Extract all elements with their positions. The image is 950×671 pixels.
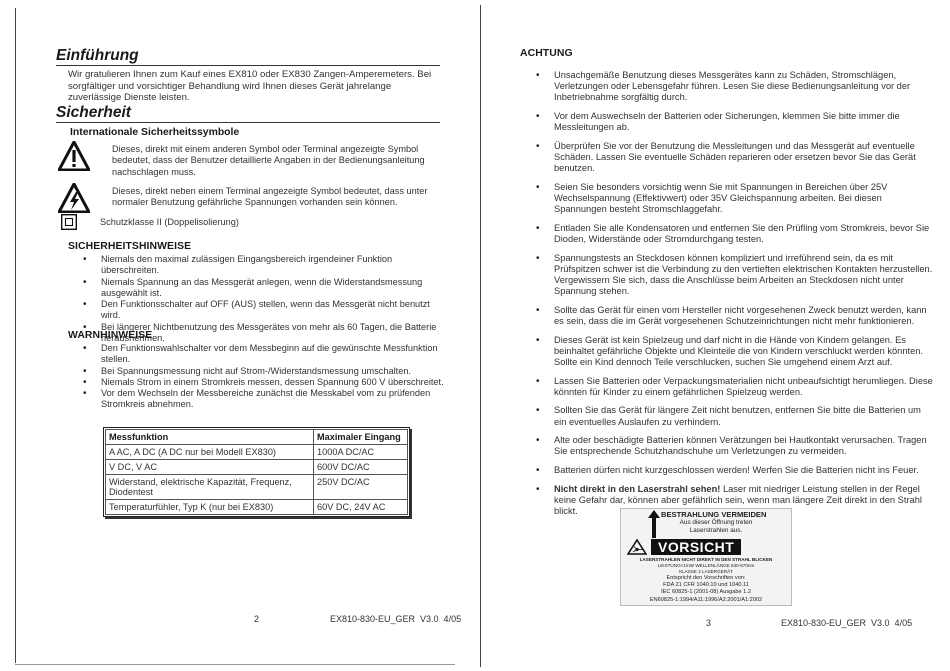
list-item: Unsachgemäße Benutzung dieses Messgeräte…: [536, 70, 934, 104]
list-item: Spannungstests an Steckdosen können komp…: [536, 253, 934, 298]
warnings-list: Den Funktionswahlschalter vor dem Messbe…: [83, 343, 448, 411]
symbol-description: Dieses, direkt neben einem Terminal ange…: [112, 186, 452, 213]
table-row: Temperaturfühler, Typ K (nur bei EX830) …: [106, 500, 408, 515]
safety-notes-heading: SICHERHEITSHINWEISE: [68, 241, 448, 252]
laser-hazard-icon: [627, 539, 647, 555]
list-item: Alte oder beschädigte Batterien können V…: [536, 435, 934, 457]
table-cell: 600V DC/AC: [314, 460, 408, 475]
caution-list: Unsachgemäße Benutzung dieses Messgeräte…: [536, 70, 934, 525]
table-cell: A AC, A DC (A DC nur bei Modell EX830): [106, 445, 314, 460]
table-row: V DC, V AC 600V DC/AC: [106, 460, 408, 475]
list-item: Vor dem Wechseln der Messbereiche zunäch…: [83, 388, 448, 411]
list-item: Bei Spannungsmessung nicht auf Strom-/Wi…: [83, 366, 448, 377]
table-cell: 250V DC/AC: [314, 475, 408, 500]
max-input-table-frame: Messfunktion Maximaler Eingang A AC, A D…: [103, 427, 410, 517]
page-number: 2: [254, 614, 259, 624]
laser-label-line: Entspricht den Vorschriften von:: [621, 575, 791, 582]
list-item: Dieses Gerät ist kein Spielzeug und darf…: [536, 335, 934, 369]
table-cell: 1000A DC/AC: [314, 445, 408, 460]
list-item: Überprüfen Sie vor der Benutzung die Mes…: [536, 141, 934, 175]
list-item: Niemals Spannung an das Messgerät anlege…: [83, 277, 448, 300]
list-item: Batterien dürfen nicht kurzgeschlossen w…: [536, 465, 934, 476]
list-item: Entladen Sie alle Kondensatoren und entf…: [536, 223, 934, 245]
safety-section: Sicherheit Internationale Sicherheitssym…: [56, 104, 440, 138]
laser-label-line: EN60825-1:1994/A11:1996/A2:2001/A1:2002: [621, 597, 791, 604]
intro-heading-rule: [56, 65, 440, 66]
table-row: Widerstand, elektrische Kapazität, Frequ…: [106, 475, 408, 500]
laser-label-line: IEC 60825-1 (2001-08) Ausgabe 1.2: [621, 589, 791, 596]
list-item: Sollten Sie das Gerät für längere Zeit n…: [536, 405, 934, 427]
laser-label-title: BESTRAHLUNG VERMEIDEN: [661, 510, 766, 519]
list-item: Lassen Sie Batterien oder Verpackungsmat…: [536, 376, 934, 398]
warnings-section: WARNHINWEISE Den Funktionswahlschalter v…: [68, 330, 448, 411]
laser-label-top: BESTRAHLUNG VERMEIDEN Aus dieser Öffnung…: [621, 509, 791, 539]
laser-label-line: FDA 21 CFR 1040.10 und 1040.11: [621, 582, 791, 589]
double-insulation-square-icon: [61, 214, 77, 230]
symbol-description: Dieses, direkt mit einem anderen Symbol …: [112, 144, 442, 178]
arrow-up-icon: [647, 510, 661, 538]
list-item: Den Funktionsschalter auf OFF (AUS) stel…: [83, 299, 448, 322]
symbol-row: Schutzklasse II (Doppelisolierung): [61, 214, 239, 230]
list-item: Niemals Strom in einem Stromkreis messen…: [83, 377, 448, 388]
intro-heading: Einführung: [56, 47, 440, 65]
symbols-heading: Internationale Sicherheitssymbole: [70, 127, 440, 138]
laser-label-subtitle: Aus dieser Öffnung treten Laserstrahlen …: [676, 519, 756, 534]
document-id: EX810-830-EU_GER V3.0 4/05: [781, 618, 912, 628]
warning-triangle-exclamation-icon: [58, 141, 90, 171]
left-page: Einführung Wir gratulieren Ihnen zum Kau…: [16, 0, 480, 671]
safety-notes-section: SICHERHEITSHINWEISE Niemals den maximal …: [68, 241, 448, 344]
list-item: Seien Sie besonders vorsichtig wenn Sie …: [536, 182, 934, 216]
table-cell: Widerstand, elektrische Kapazität, Frequ…: [106, 475, 314, 500]
symbol-description: Schutzklasse II (Doppelisolierung): [100, 217, 239, 230]
symbol-row: Dieses, direkt neben einem Terminal ange…: [58, 183, 452, 213]
symbol-row: Dieses, direkt mit einem anderen Symbol …: [58, 141, 442, 178]
safety-heading-rule: [56, 122, 440, 123]
laser-warning-bold: Nicht direkt in den Laserstrahl sehen!: [554, 484, 720, 494]
table-cell: V DC, V AC: [106, 460, 314, 475]
page-number: 3: [706, 618, 711, 628]
safety-heading: Sicherheit: [56, 104, 440, 122]
document-id: EX810-830-EU_GER V3.0 4/05: [330, 614, 461, 624]
max-input-table: Messfunktion Maximaler Eingang A AC, A D…: [105, 429, 408, 515]
intro-text: Wir gratulieren Ihnen zum Kauf eines EX8…: [68, 69, 440, 104]
caution-banner: VORSICHT: [651, 539, 741, 555]
warning-triangle-lightning-icon: [58, 183, 90, 213]
laser-caution-row: VORSICHT: [621, 539, 791, 555]
table-row: A AC, A DC (A DC nur bei Modell EX830) 1…: [106, 445, 408, 460]
table-cell: 60V DC, 24V AC: [314, 500, 408, 515]
warnings-heading: WARNHINWEISE: [68, 330, 448, 341]
laser-warning-label: BESTRAHLUNG VERMEIDEN Aus dieser Öffnung…: [620, 508, 792, 606]
table-header: Messfunktion: [106, 430, 314, 445]
table-header-row: Messfunktion Maximaler Eingang: [106, 430, 408, 445]
list-item: Niemals den maximal zulässigen Eingangsb…: [83, 254, 448, 277]
intro-section: Einführung Wir gratulieren Ihnen zum Kau…: [56, 47, 440, 104]
list-item: Den Funktionswahlschalter vor dem Messbe…: [83, 343, 448, 366]
caution-heading: ACHTUNG: [520, 48, 573, 59]
table-cell: Temperaturfühler, Typ K (nur bei EX830): [106, 500, 314, 515]
list-item: Sollte das Gerät für einen vom Herstelle…: [536, 305, 934, 327]
list-item: Vor dem Auswechseln der Batterien oder S…: [536, 111, 934, 133]
table-header: Maximaler Eingang: [314, 430, 408, 445]
